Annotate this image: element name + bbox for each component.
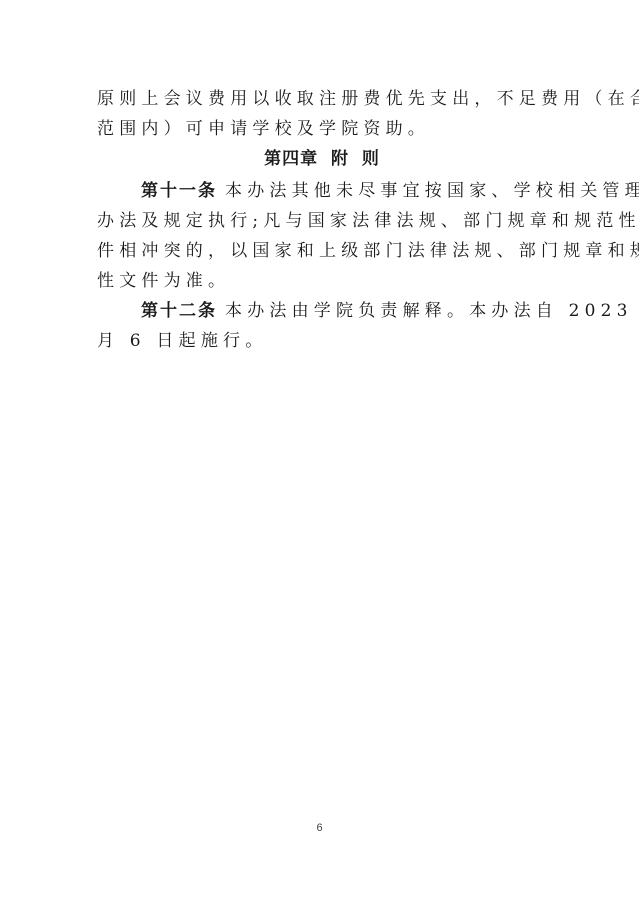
- article-line: 件相冲突的，以国家和上级部门法律法规、部门规章和规范: [97, 236, 547, 266]
- chapter-heading: 第四章 附 则: [97, 144, 547, 176]
- paragraph-line: 原则上会议费用以收取注册费优先支出，不足费用（在合理: [97, 84, 547, 114]
- article-text: 本办法其他未尽事宜按国家、学校相关管理: [225, 181, 639, 201]
- paragraph-line: 范围内）可申请学校及学院资助。: [97, 114, 547, 144]
- article-label: 第十二条: [141, 301, 217, 321]
- article-11-first-line: 第十一条本办法其他未尽事宜按国家、学校相关管理: [97, 176, 547, 206]
- article-line: 月 6 日起施行。: [97, 326, 547, 356]
- page-number: 6: [0, 822, 639, 834]
- article-12-first-line: 第十二条本办法由学院负责解释。本办法自 2023 年 6: [97, 296, 547, 326]
- document-page: 原则上会议费用以收取注册费优先支出，不足费用（在合理 范围内）可申请学校及学院资…: [0, 0, 639, 905]
- page-content: 原则上会议费用以收取注册费优先支出，不足费用（在合理 范围内）可申请学校及学院资…: [97, 84, 547, 356]
- article-line: 办法及规定执行;凡与国家法律法规、部门规章和规范性文: [97, 206, 547, 236]
- article-label: 第十一条: [141, 181, 217, 201]
- article-line: 性文件为准。: [97, 266, 547, 296]
- article-text: 本办法由学院负责解释。本办法自 2023 年 6: [225, 301, 639, 321]
